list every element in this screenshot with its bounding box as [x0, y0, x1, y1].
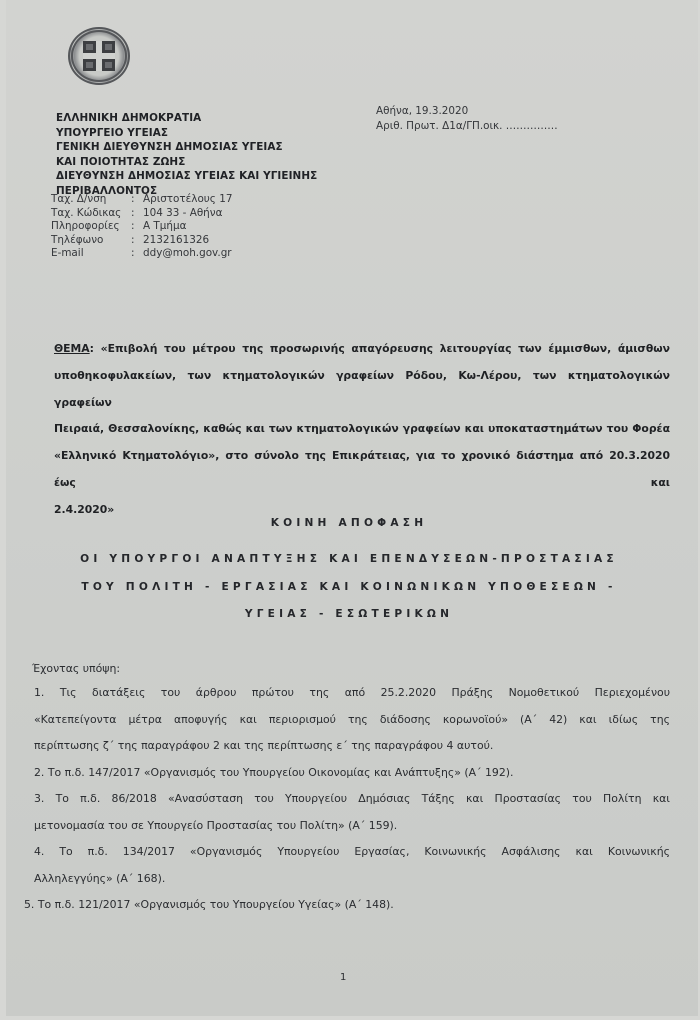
item-line: 1. Τις διατάξεις του άρθρου πρώτου της α…	[34, 680, 670, 707]
contact-label: Τηλέφωνο	[51, 234, 131, 248]
contact-row-postcode: Ταχ. Κώδικας:104 33 - Αθήνα	[51, 207, 232, 221]
document-page: ΕΛΛΗΝΙΚΗ ΔΗΜΟΚΡΑΤΙΑ ΥΠΟΥΡΓΕΙΟ ΥΓΕΙΑΣ ΓΕΝ…	[6, 0, 698, 1016]
greek-coat-of-arms-icon	[68, 27, 130, 85]
contact-label: E-mail	[51, 247, 131, 261]
item-line: 4. Το π.δ. 134/2017 «Οργανισμός Υπουργεί…	[34, 839, 670, 866]
contact-row-info: Πληροφορίες:Α Τμήμα	[51, 220, 232, 234]
decision-title: ΚΟΙΝΗ ΑΠΟΦΑΣΗ	[6, 517, 692, 529]
header-line: ΔΙΕΥΘΥΝΣΗ ΔΗΜΟΣΙΑΣ ΥΓΕΙΑΣ ΚΑΙ ΥΓΙΕΙΝΗΣ	[56, 169, 317, 184]
header-line: ΥΠΟΥΡΓΕΙΟ ΥΓΕΙΑΣ	[56, 126, 317, 141]
subject-line: «Ελληνικό Κτηματολόγιο», στο σύνολο της …	[54, 443, 670, 497]
considering-item-5: 5. Το π.δ. 121/2017 «Οργανισμός του Υπου…	[24, 892, 670, 919]
contact-details: Ταχ. Δ/νση:Αριστοτέλους 17 Ταχ. Κώδικας:…	[51, 193, 232, 261]
contact-row-phone: Τηλέφωνο:2132161326	[51, 234, 232, 248]
contact-label: Πληροφορίες	[51, 220, 131, 234]
place-date: Αθήνα, 19.3.2020	[376, 104, 558, 119]
considering-item-1: 1. Τις διατάξεις του άρθρου πρώτου της α…	[34, 680, 670, 760]
considering-item-4: 4. Το π.δ. 134/2017 «Οργανισμός Υπουργεί…	[34, 839, 670, 892]
header-line: ΚΑΙ ΠΟΙΟΤΗΤΑΣ ΖΩΗΣ	[56, 155, 317, 170]
considering-item-2: 2. Το π.δ. 147/2017 «Οργανισμός του Υπου…	[34, 760, 670, 787]
subject-block: ΘΕΜΑ: «Επιβολή του μέτρου της προσωρινής…	[54, 336, 670, 524]
item-line: μετονομασία του σε Υπουργείο Προστασίας …	[34, 813, 670, 840]
contact-label: Ταχ. Κώδικας	[51, 207, 131, 221]
contact-value: ddy@moh.gov.gr	[143, 247, 232, 259]
cross-shield-icon	[83, 41, 115, 71]
item-line: περίπτωσης ζ΄ της παραγράφου 2 και της π…	[34, 733, 670, 760]
contact-value: 104 33 - Αθήνα	[143, 207, 222, 219]
ministers-line: ΟΙ ΥΠΟΥΡΓΟΙ ΑΝΑΠΤΥΞΗΣ ΚΑΙ ΕΠΕΝΔΥΣΕΩΝ-ΠΡΟ…	[6, 553, 692, 565]
contact-value: Α Τμήμα	[143, 220, 186, 232]
item-line: 2. Το π.δ. 147/2017 «Οργανισμός του Υπου…	[34, 760, 670, 787]
item-line: 5. Το π.δ. 121/2017 «Οργανισμός του Υπου…	[24, 892, 670, 919]
ministers-line: ΤΟΥ ΠΟΛΙΤΗ - ΕΡΓΑΣΙΑΣ ΚΑΙ ΚΟΙΝΩΝΙΚΩΝ ΥΠΟ…	[6, 581, 692, 593]
subject-line: Πειραιά, Θεσσαλονίκης, καθώς και των κτη…	[54, 416, 670, 443]
considering-list: 1. Τις διατάξεις του άρθρου πρώτου της α…	[34, 680, 670, 919]
contact-label: Ταχ. Δ/νση	[51, 193, 131, 207]
subject-label: ΘΕΜΑ	[54, 342, 90, 355]
contact-value: Αριστοτέλους 17	[143, 193, 232, 205]
item-line: «Κατεπείγοντα μέτρα αποφυγής και περιορι…	[34, 707, 670, 734]
contact-row-address: Ταχ. Δ/νση:Αριστοτέλους 17	[51, 193, 232, 207]
item-line: 3. Το π.δ. 86/2018 «Ανασύσταση του Υπουρ…	[34, 786, 670, 813]
protocol-number: Αριθ. Πρωτ. Δ1α/ΓΠ.οικ. ……………	[376, 119, 558, 134]
header-line: ΓΕΝΙΚΗ ΔΙΕΥΘΥΝΣΗ ΔΗΜΟΣΙΑΣ ΥΓΕΙΑΣ	[56, 140, 317, 155]
page-number: 1	[340, 972, 346, 983]
contact-value: 2132161326	[143, 234, 209, 246]
considering-item-3: 3. Το π.δ. 86/2018 «Ανασύσταση του Υπουρ…	[34, 786, 670, 839]
date-block: Αθήνα, 19.3.2020 Αριθ. Πρωτ. Δ1α/ΓΠ.οικ.…	[376, 104, 558, 133]
subject-line: υποθηκοφυλακείων, των κτηματολογικών γρα…	[54, 363, 670, 417]
ministers-line: ΥΓΕΙΑΣ - ΕΣΩΤΕΡΙΚΩΝ	[6, 608, 692, 620]
considering-intro: Έχοντας υπόψη:	[32, 656, 120, 683]
contact-row-email: E-mail:ddy@moh.gov.gr	[51, 247, 232, 261]
header-line: ΕΛΛΗΝΙΚΗ ΔΗΜΟΚΡΑΤΙΑ	[56, 111, 317, 126]
subject-line: : «Επιβολή του μέτρου της προσωρινής απα…	[90, 342, 670, 355]
issuer-header: ΕΛΛΗΝΙΚΗ ΔΗΜΟΚΡΑΤΙΑ ΥΠΟΥΡΓΕΙΟ ΥΓΕΙΑΣ ΓΕΝ…	[56, 111, 317, 198]
item-line: Αλληλεγγύης» (Α΄ 168).	[34, 866, 670, 893]
